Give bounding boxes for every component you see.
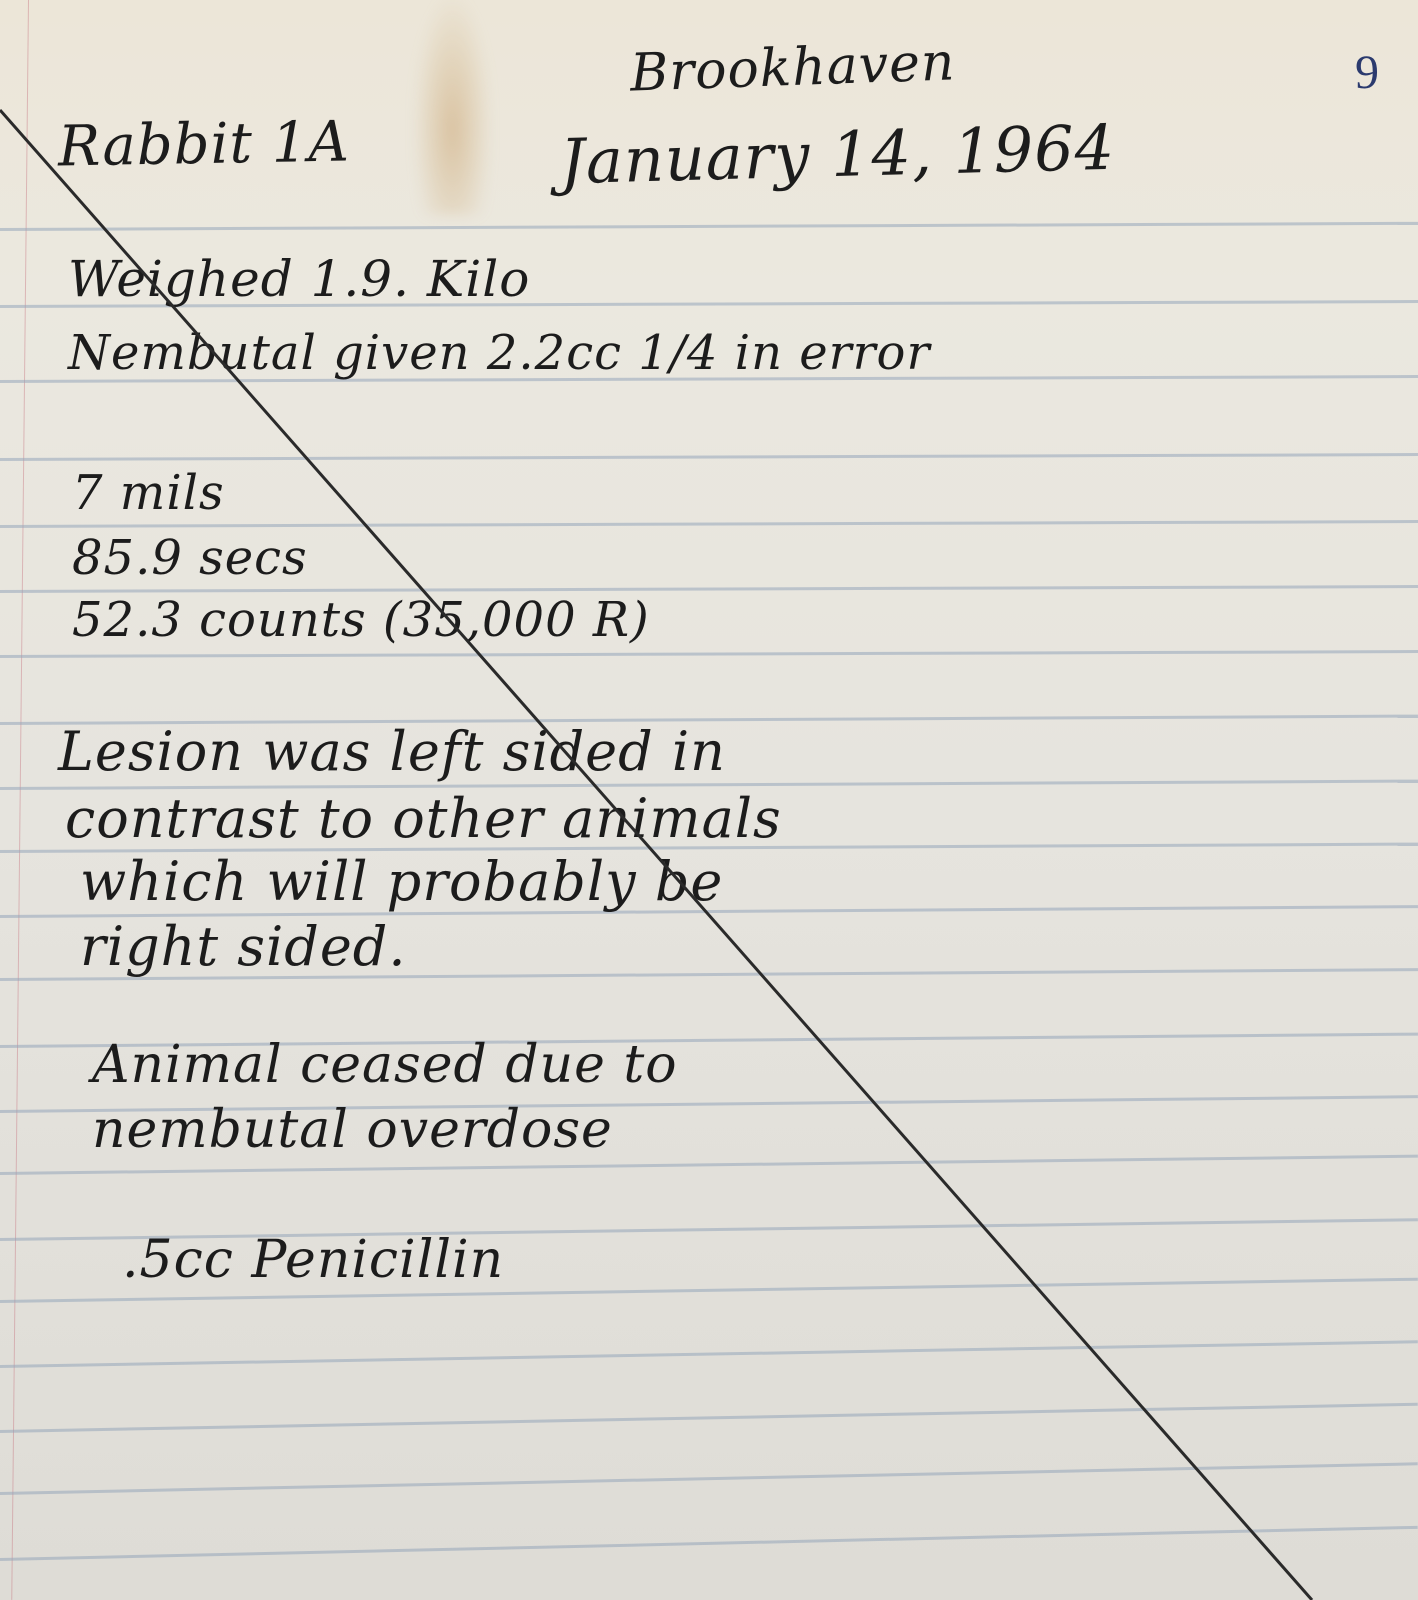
strike-through-line	[0, 0, 1418, 1600]
notebook-page: 9 Brookhaven Rabbit 1A January 14, 1964 …	[0, 0, 1418, 1600]
